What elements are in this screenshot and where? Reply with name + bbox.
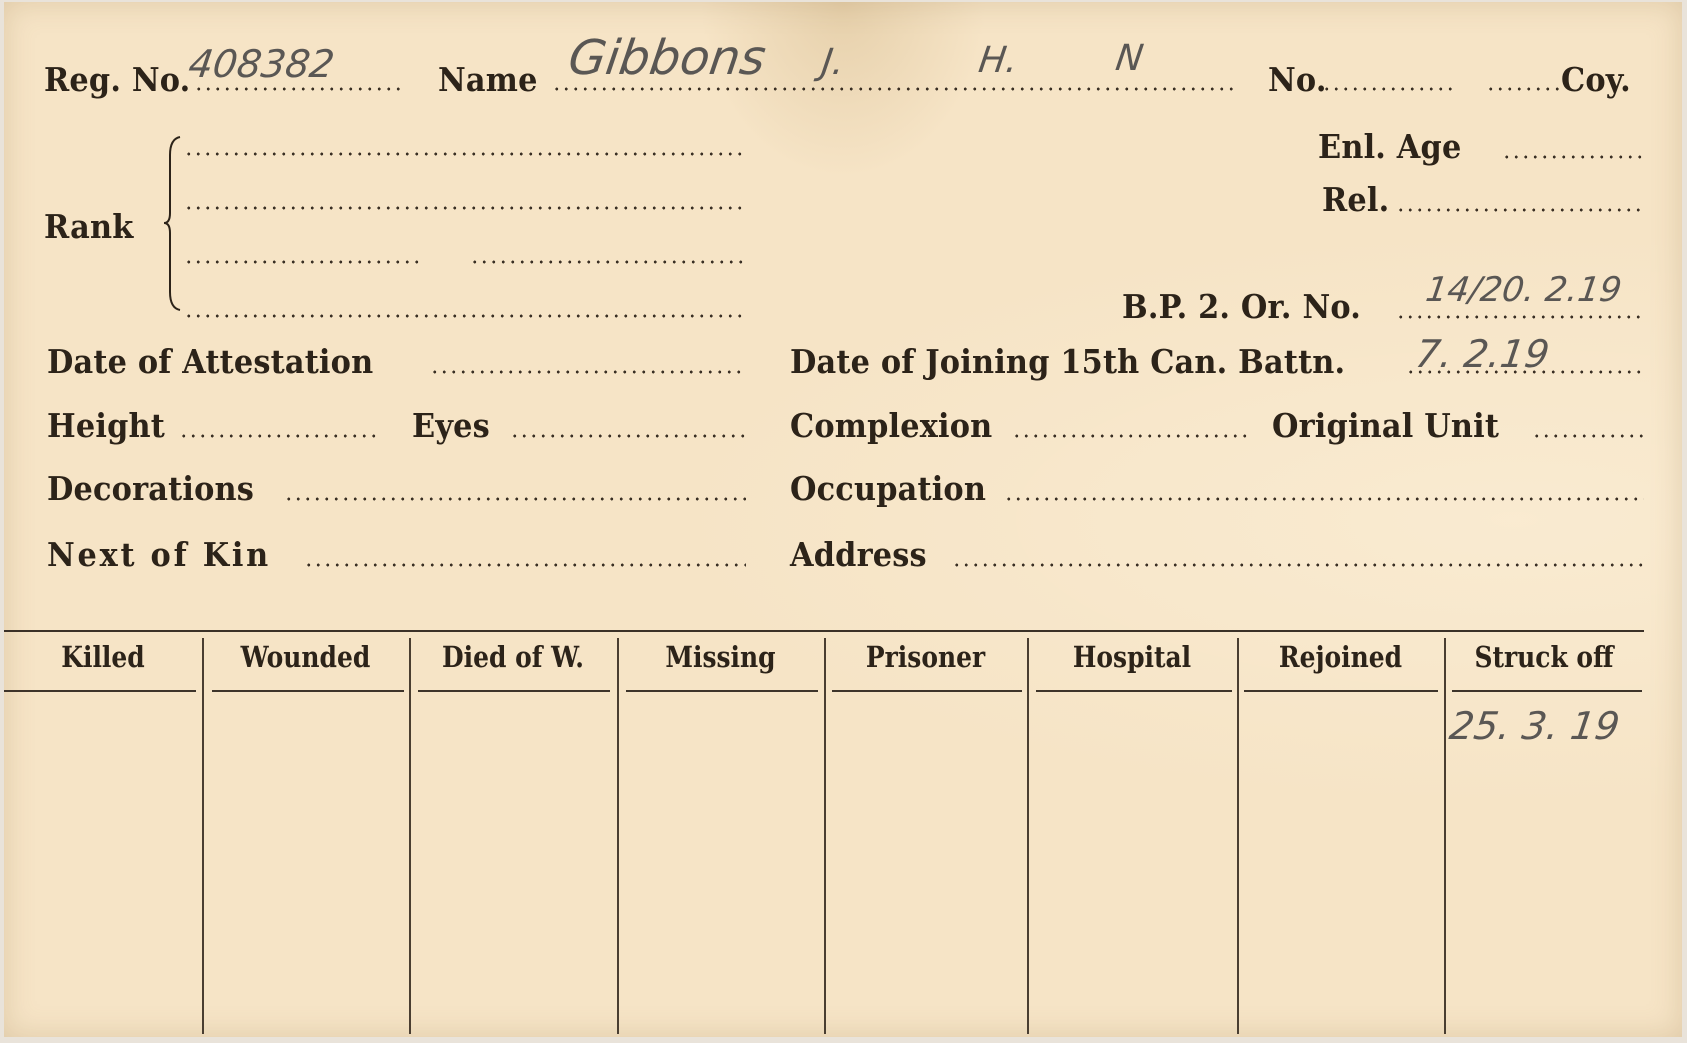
column-header-rejoined: Rejoined bbox=[1251, 640, 1429, 674]
col-divider bbox=[824, 638, 826, 1034]
col-divider bbox=[1237, 638, 1239, 1034]
decorations-label: Decorations bbox=[47, 469, 254, 508]
reg-no-value: 408382 bbox=[186, 42, 337, 86]
complexion-dots bbox=[1012, 434, 1250, 438]
coy-dots bbox=[1486, 87, 1561, 91]
header-underline bbox=[626, 690, 818, 692]
rank-label: Rank bbox=[44, 207, 133, 246]
header-underline bbox=[418, 690, 610, 692]
name-label: Name bbox=[438, 60, 538, 99]
column-header-died-of-wounds: Died of W. bbox=[424, 640, 603, 674]
next-of-kin-label: Next of Kin bbox=[47, 535, 271, 574]
complexion-label: Complexion bbox=[790, 406, 992, 445]
height-dots bbox=[179, 434, 379, 438]
next-of-kin-dots bbox=[304, 563, 746, 567]
address-label: Address bbox=[790, 535, 927, 574]
address-dots bbox=[952, 563, 1644, 567]
header-underline bbox=[832, 690, 1022, 692]
rank-line-3a bbox=[184, 260, 424, 264]
rank-line-3b bbox=[470, 260, 746, 264]
no-dots bbox=[1322, 87, 1452, 91]
occupation-dots bbox=[1004, 497, 1644, 501]
column-header-wounded: Wounded bbox=[216, 640, 394, 674]
eyes-label: Eyes bbox=[412, 406, 490, 445]
brace-icon bbox=[162, 135, 184, 312]
decorations-dots bbox=[284, 497, 746, 501]
reg-no-dots bbox=[194, 87, 404, 91]
rel-dots bbox=[1396, 208, 1644, 212]
date-attestation-dots bbox=[430, 370, 746, 374]
struck-off-value: 25. 3. 19 bbox=[1447, 704, 1622, 748]
initial-3: N bbox=[1113, 38, 1146, 79]
rank-line-1 bbox=[184, 152, 746, 156]
header-underline bbox=[212, 690, 404, 692]
date-joining-label: Date of Joining 15th Can. Battn. bbox=[790, 342, 1345, 381]
rank-line-2 bbox=[184, 206, 746, 210]
header-underline bbox=[1244, 690, 1438, 692]
occupation-label: Occupation bbox=[790, 469, 986, 508]
column-header-struck-off: Struck off bbox=[1458, 640, 1630, 674]
height-label: Height bbox=[47, 406, 165, 445]
eyes-dots bbox=[510, 434, 746, 438]
original-unit-label: Original Unit bbox=[1272, 406, 1499, 445]
table-top-rule bbox=[4, 630, 1644, 632]
col-divider bbox=[1444, 638, 1446, 1034]
rel-label: Rel. bbox=[1322, 180, 1389, 219]
bp2-dots bbox=[1396, 315, 1644, 319]
coy-label: Coy. bbox=[1561, 60, 1631, 99]
col-divider bbox=[617, 638, 619, 1034]
record-card: Reg. No. 408382 Name Gibbons J. H. N No.… bbox=[4, 2, 1682, 1037]
initial-2: H. bbox=[976, 40, 1020, 81]
col-divider bbox=[1027, 638, 1029, 1034]
date-joining-value: 7. 2.19 bbox=[1413, 332, 1552, 376]
column-header-killed: Killed bbox=[18, 640, 188, 674]
rank-line-4 bbox=[184, 314, 746, 318]
name-value: Gibbons bbox=[565, 30, 769, 86]
initial-1: J. bbox=[819, 42, 847, 83]
reg-no-label: Reg. No. bbox=[44, 60, 190, 99]
name-dots bbox=[552, 87, 1235, 91]
bp2-label: B.P. 2. Or. No. bbox=[1122, 287, 1361, 326]
bp2-value: 14/20. 2.19 bbox=[1423, 270, 1624, 310]
header-underline bbox=[1036, 690, 1232, 692]
column-header-prisoner: Prisoner bbox=[838, 640, 1013, 674]
original-unit-dots bbox=[1532, 434, 1644, 438]
header-underline bbox=[1452, 690, 1642, 692]
date-attestation-label: Date of Attestation bbox=[47, 342, 373, 381]
col-divider bbox=[202, 638, 204, 1034]
column-header-hospital: Hospital bbox=[1042, 640, 1223, 674]
column-header-missing: Missing bbox=[631, 640, 809, 674]
col-divider bbox=[409, 638, 411, 1034]
no-label: No. bbox=[1268, 60, 1327, 99]
header-underline bbox=[4, 690, 196, 692]
enl-age-label: Enl. Age bbox=[1318, 127, 1461, 166]
enl-age-dots bbox=[1502, 155, 1644, 159]
